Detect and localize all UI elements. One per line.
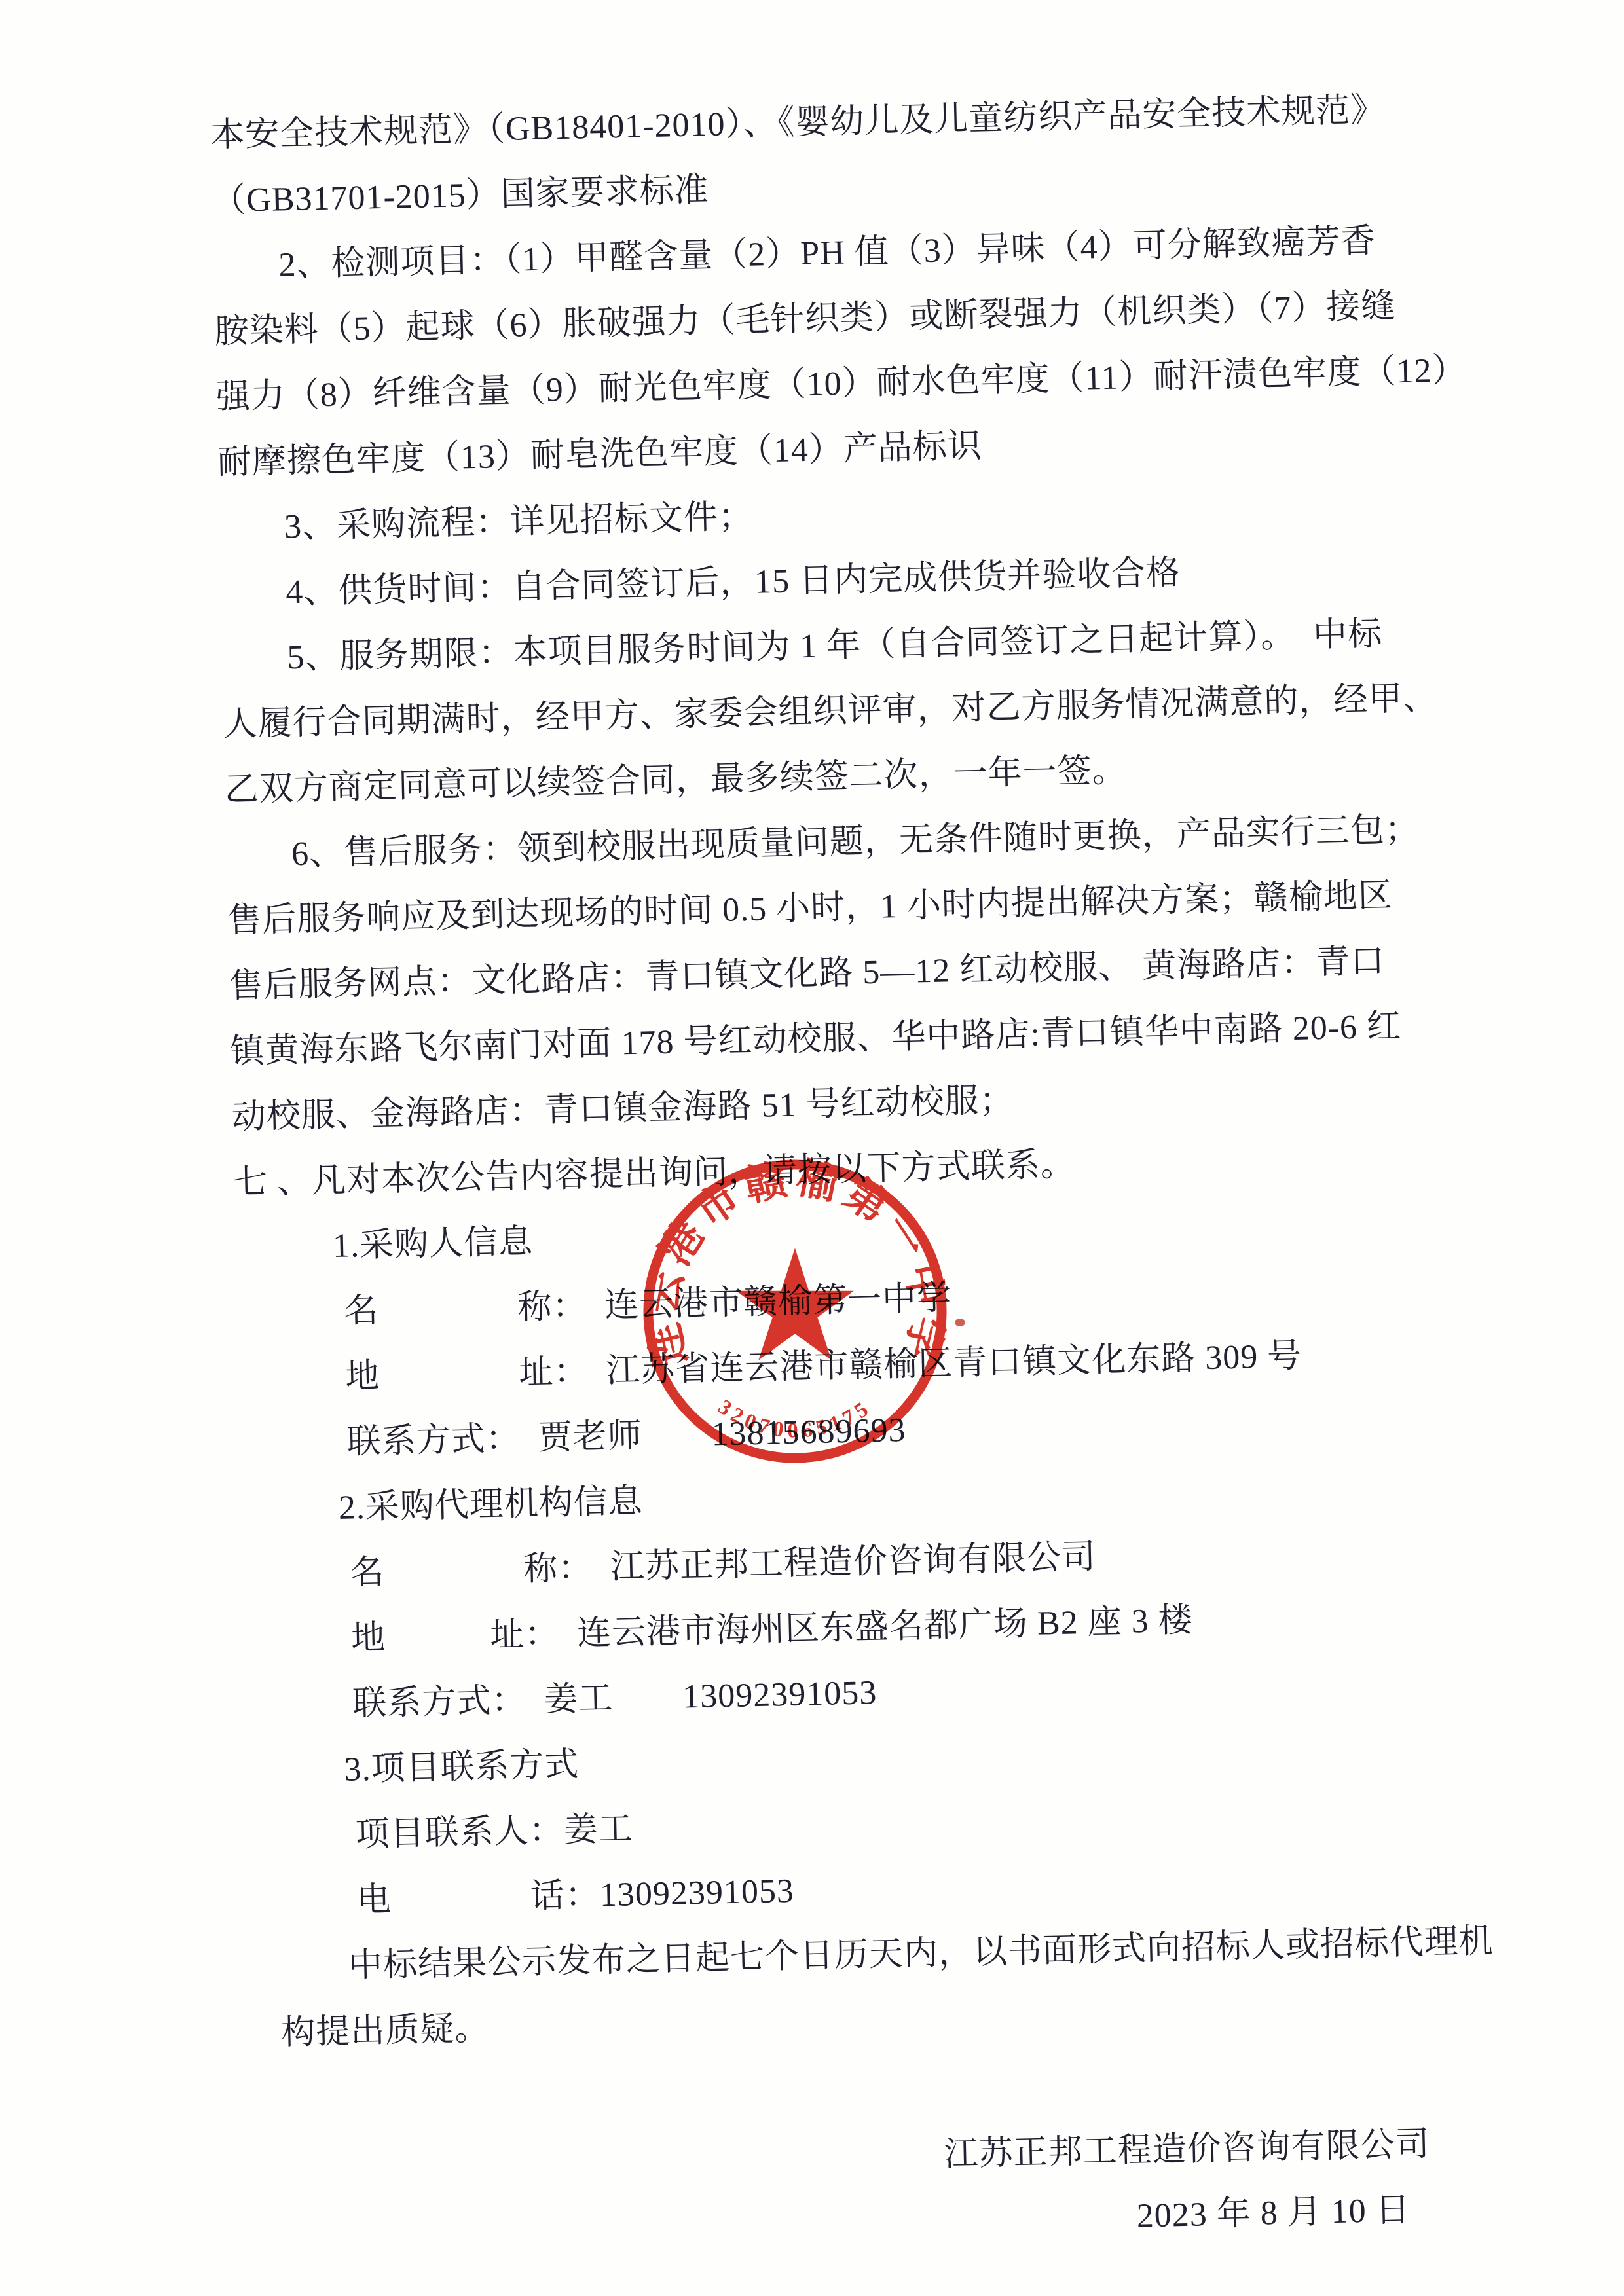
official-seal: 连云港市赣榆第一中学 32070065175 — [638, 1147, 951, 1476]
svg-text:32070065175: 32070065175 — [714, 1395, 876, 1442]
seal-code-arc-text: 32070065175 — [714, 1395, 876, 1442]
seal-star-icon — [736, 1248, 854, 1360]
ink-speck — [955, 1319, 965, 1326]
scanned-document-page: 本安全技术规范》（GB18401-2010）、《婴幼儿及儿童纺织产品安全技术规范… — [0, 0, 1624, 2296]
